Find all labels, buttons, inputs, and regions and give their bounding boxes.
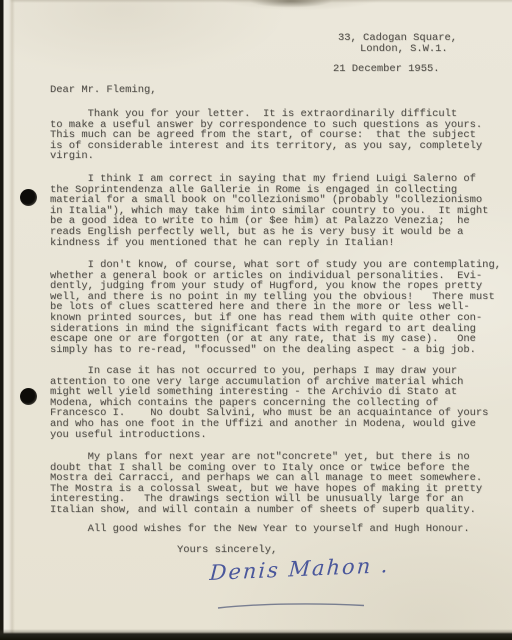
- paragraph-2: I think I am correct in saying that my f…: [50, 174, 488, 248]
- letter-date: 21 December 1955.: [333, 64, 439, 75]
- closing-wishes-line: All good wishes for the New Year to your…: [50, 524, 470, 535]
- sender-address-line-2: London, S.W.1.: [360, 44, 448, 55]
- hole-punch-top: [20, 189, 37, 206]
- hole-punch-bottom: [20, 388, 37, 405]
- scan-edge-top: [0, 0, 512, 3]
- signature-underline: [216, 601, 366, 611]
- paragraph-5: My plans for next year are not"concrete"…: [50, 452, 482, 516]
- paragraph-1: Thank you for your letter. It is extraor…: [50, 109, 482, 162]
- paragraph-3: I don't know, of course, what sort of st…: [50, 260, 501, 355]
- scan-edge-bottom: [0, 629, 512, 640]
- paragraph-4: In case it has not occurred to you, perh…: [50, 366, 488, 440]
- salutation: Dear Mr. Fleming,: [50, 85, 156, 96]
- scan-edge-left: [0, 0, 15, 640]
- sender-address-line-1: 33, Cadogan Square,: [338, 33, 457, 44]
- valediction: Yours sincerely,: [177, 545, 277, 556]
- signature: Denis Mahon .: [209, 561, 399, 609]
